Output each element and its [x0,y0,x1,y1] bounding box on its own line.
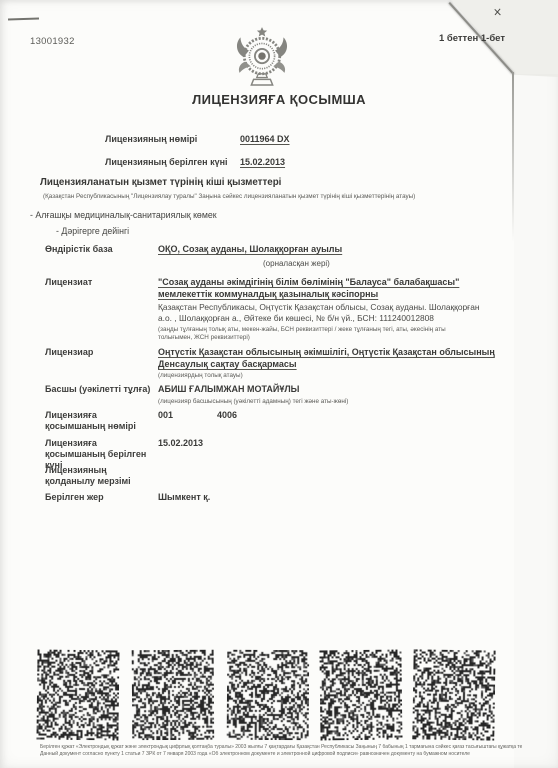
issue-place-label: Берілген жер [45,492,158,503]
licensor-row: Лицензиар Оңтүстік Қазақстан облысының ә… [45,347,488,380]
license-date-value: 15.02.2013 [240,157,285,169]
appendix-number-value2: 4006 [217,410,237,422]
licensee-label: Лицензиат [45,277,158,288]
head-value: АБИШ ҒАЛЫМЖАН МОТАЙҰЛЫ [158,384,488,396]
appendix-date-value: 15.02.2013 [158,438,203,450]
document-scan-id: 13001932 [30,36,75,47]
license-number-row: Лицензияның нөмірі 0011964 DX [105,134,290,146]
page-indicator: 1 беттен 1-бет [439,33,505,44]
head-note: (лицензияр басшысының (уәкілетті адамның… [158,398,488,406]
licensor-label: Лицензиар [45,347,158,358]
document-title: ЛИЦЕНЗИЯҒА ҚОСЫМША [0,92,558,107]
subservice-item: - Дәрігерге дейінгі [56,226,129,236]
scan-shade [514,74,558,768]
appendix-number-row: Лицензияға қосымшаның нөмірі 001 4006 [45,410,237,432]
head-label: Басшы (уәкілетті тұлға) [45,384,158,395]
subservices-note: (Қазақстан Республикасының "Лицензиялау … [43,193,415,200]
license-number-label: Лицензияның нөмірі [105,134,240,145]
licensee-value: "Созақ ауданы әкімдігінің білім бөліміні… [158,277,488,300]
issue-place-value: Шымкент қ. [158,492,210,504]
subservices-heading: Лицензияланатын қызмет түрінің кіші қызм… [40,177,281,188]
validity-label: Лицензияның қолданылу мерзімі [45,465,158,487]
licensee-row: Лицензиат "Созақ ауданы әкімдігінің білі… [45,277,488,341]
issue-place-row: Берілген жер Шымкент қ. [45,492,210,504]
head-row: Басшы (уәкілетті тұлға) АБИШ ҒАЛЫМЖАН МО… [45,384,488,405]
licensor-note: (лицензиярдың толық атауы) [158,372,488,380]
qr-code [132,650,215,741]
production-base-row: Өндірістік база ОҚО, Созақ ауданы, Шолақ… [45,244,342,256]
licensee-details: Қазақстан Республикасы, Оңтүстік Қазақст… [158,302,488,324]
production-base-label: Өндірістік база [45,244,158,255]
license-date-label: Лицензияның берілген күні [105,157,240,168]
licensor-value: Оңтүстік Қазақстан облысының әкімшілігі,… [158,347,508,370]
head-value-block: АБИШ ҒАЛЫМЖАН МОТАЙҰЛЫ (лицензияр басшыс… [158,384,488,405]
qr-code [227,650,310,741]
license-date-row: Лицензияның берілген күні 15.02.2013 [105,157,285,169]
qr-code [319,650,402,741]
legal-footer-line-kk: Берілген құжат «Электрондық құжат және э… [40,744,522,751]
license-number-value: 0011964 DX [240,134,290,146]
kazakhstan-emblem-icon [234,25,290,94]
production-base-note: (орналасқан жері) [263,259,330,268]
validity-row: Лицензияның қолданылу мерзімі [45,465,158,487]
legal-footer: Берілген құжат «Электрондық құжат және э… [40,744,522,758]
scanned-license-document: 13001932 1 беттен 1-бет ЛИЦЕНЗИЯҒА ҚОСЫМ… [0,0,558,768]
scan-artifact-mark [494,8,501,15]
licensee-value-block: "Созақ ауданы әкімдігінің білім бөліміні… [158,277,488,341]
qr-code [36,650,119,741]
appendix-number-label: Лицензияға қосымшаның нөмірі [45,410,158,432]
qr-code [412,649,495,740]
appendix-number-value1: 001 [158,410,173,422]
legal-footer-line-ru: Данный документ согласно пункту 1 статьи… [40,751,522,758]
licensee-note: (заңды тұлғаның толық аты, мекен-жайы, Б… [158,326,458,341]
licensor-value-block: Оңтүстік Қазақстан облысының әкімшілігі,… [158,347,488,380]
subservice-item: - Алғашқы медициналық-санитариялық көмек [30,210,217,220]
production-base-value: ОҚО, Созақ ауданы, Шолаққорған ауылы [158,244,342,256]
